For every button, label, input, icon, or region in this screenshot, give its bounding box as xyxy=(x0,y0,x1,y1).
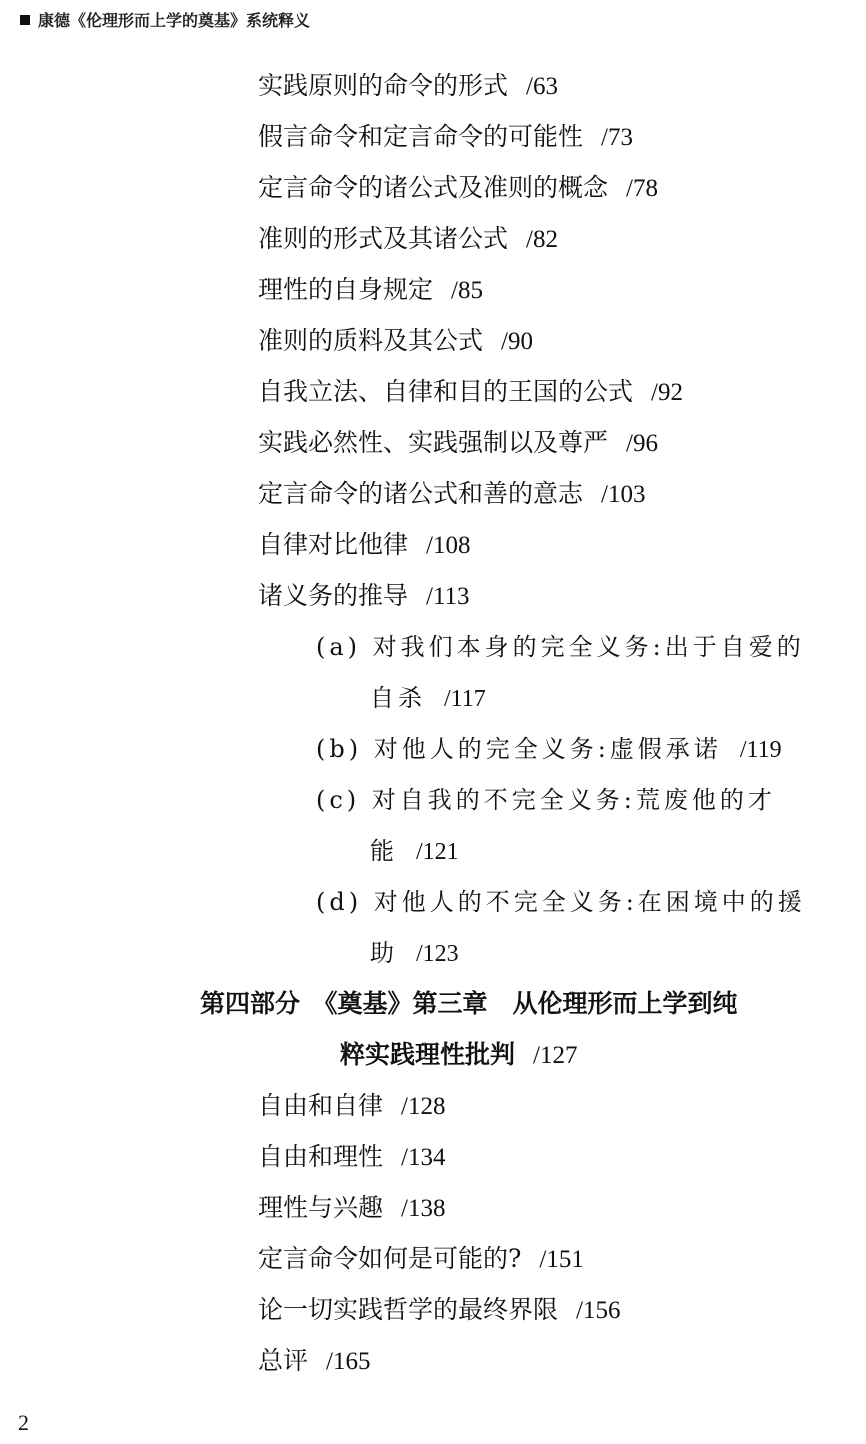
toc-entry[interactable]: (b) 对他人的完全义务:虚假承诺/119 xyxy=(316,733,782,766)
toc-entry-title: 能 xyxy=(370,837,398,865)
toc-entry-title: 理性与兴趣 xyxy=(258,1193,383,1222)
toc-entry-title: 实践必然性、实践强制以及尊严 xyxy=(258,428,608,457)
toc-entry-page: /92 xyxy=(651,379,683,406)
toc-entry[interactable]: 理性与兴趣/138 xyxy=(258,1192,445,1225)
square-bullet-icon xyxy=(20,15,30,25)
toc-entry[interactable]: 诸义务的推导/113 xyxy=(258,580,470,613)
toc-entry-title: 诸义务的推导 xyxy=(258,581,408,610)
toc-entry[interactable]: 假言命令和定言命令的可能性/73 xyxy=(258,121,633,154)
toc-entry-page: /103 xyxy=(601,481,645,508)
toc-entry-title: 理性的自身规定 xyxy=(258,275,433,304)
toc-entry-page: /165 xyxy=(326,1348,370,1375)
toc-entry-page: /138 xyxy=(401,1195,445,1222)
toc-entry-page: /73 xyxy=(601,124,633,151)
toc-entry[interactable]: 粹实践理性批判/127 xyxy=(340,1039,577,1072)
toc-entry[interactable]: (d) 对他人的不完全义务:在困境中的援 xyxy=(316,886,806,918)
toc-entry-title: 假言命令和定言命令的可能性 xyxy=(258,122,583,151)
toc-entry[interactable]: 准则的质料及其公式/90 xyxy=(258,325,533,358)
toc-entry-title: 定言命令的诸公式和善的意志 xyxy=(258,479,583,508)
toc-entry-title: 总评 xyxy=(258,1346,308,1375)
toc-entry-page: /113 xyxy=(426,583,470,610)
toc-entry-title: 自律对比他律 xyxy=(258,530,408,559)
toc-entry-title: 准则的质料及其公式 xyxy=(258,326,483,355)
toc-entry-title: (b) 对他人的完全义务:虚假承诺 xyxy=(316,735,722,763)
toc-entry[interactable]: 自我立法、自律和目的王国的公式/92 xyxy=(258,376,683,409)
toc-entry[interactable]: 理性的自身规定/85 xyxy=(258,274,483,307)
toc-entry-title: 定言命令的诸公式及准则的概念 xyxy=(258,173,608,202)
toc-entry-title: (d) 对他人的不完全义务:在困境中的援 xyxy=(316,888,806,916)
toc-entry-page: /119 xyxy=(740,737,782,763)
toc-entry[interactable]: 定言命令如何是可能的?/151 xyxy=(258,1243,584,1276)
toc-entry-page: /156 xyxy=(576,1297,620,1324)
toc-entry-page: /121 xyxy=(416,839,459,865)
toc-entry-page: /127 xyxy=(533,1042,577,1069)
toc-entry-title: 实践原则的命令的形式 xyxy=(258,71,508,100)
toc-entry-page: /134 xyxy=(401,1144,445,1171)
toc-entry-page: /96 xyxy=(626,430,658,457)
page-number: 2 xyxy=(18,1410,29,1436)
toc-entry[interactable]: 自律对比他律/108 xyxy=(258,529,470,562)
toc-entry-title: 粹实践理性批判 xyxy=(340,1040,515,1069)
toc-entry-page: /82 xyxy=(526,226,558,253)
toc-entry[interactable]: 第四部分 《奠基》第三章 从伦理形而上学到纯 xyxy=(200,988,738,1020)
toc-entry-title: (c) 对自我的不完全义务:荒废他的才 xyxy=(316,786,776,814)
toc-entry-title: 准则的形式及其诸公式 xyxy=(258,224,508,253)
toc-entry-page: /63 xyxy=(526,73,558,100)
toc-entry-title: 自由和自律 xyxy=(258,1091,383,1120)
toc-entry[interactable]: 自由和理性/134 xyxy=(258,1141,445,1174)
toc-entry[interactable]: 准则的形式及其诸公式/82 xyxy=(258,223,558,256)
toc-entry-page: /151 xyxy=(539,1246,583,1273)
toc-entry[interactable]: 实践必然性、实践强制以及尊严/96 xyxy=(258,427,658,460)
toc-entry-page: /78 xyxy=(626,175,658,202)
toc-entry-page: /128 xyxy=(401,1093,445,1120)
book-title: 康德《伦理形而上学的奠基》系统释义 xyxy=(38,8,310,31)
toc-entry[interactable]: 论一切实践哲学的最终界限/156 xyxy=(258,1294,620,1327)
toc-entry-title: 论一切实践哲学的最终界限 xyxy=(258,1295,558,1324)
toc-entry-title: 自杀 xyxy=(370,684,426,712)
toc-entry-page: /123 xyxy=(416,941,459,967)
toc-entry-title: 定言命令如何是可能的? xyxy=(258,1244,521,1273)
toc-entry-title: 自由和理性 xyxy=(258,1142,383,1171)
toc-entry[interactable]: 助/123 xyxy=(370,937,459,970)
toc-entry-page: /85 xyxy=(451,277,483,304)
toc-entry-page: /117 xyxy=(444,686,486,712)
toc-entry-title: 助 xyxy=(370,939,398,967)
toc-entry-page: /108 xyxy=(426,532,470,559)
toc-entry[interactable]: (a) 对我们本身的完全义务:出于自爱的 xyxy=(316,631,805,663)
toc-entry[interactable]: 自杀/117 xyxy=(370,682,486,715)
toc-entry-title: 第四部分 《奠基》第三章 从伦理形而上学到纯 xyxy=(200,989,738,1018)
running-header: 康德《伦理形而上学的奠基》系统释义 xyxy=(20,8,310,31)
toc-entry-page: /90 xyxy=(501,328,533,355)
toc-entry[interactable]: (c) 对自我的不完全义务:荒废他的才 xyxy=(316,784,776,816)
toc-entry[interactable]: 能/121 xyxy=(370,835,459,868)
toc-entry-title: (a) 对我们本身的完全义务:出于自爱的 xyxy=(316,633,805,661)
toc-entry[interactable]: 定言命令的诸公式和善的意志/103 xyxy=(258,478,645,511)
toc-entry[interactable]: 总评/165 xyxy=(258,1345,370,1378)
toc-entry[interactable]: 实践原则的命令的形式/63 xyxy=(258,70,558,103)
toc-entry-title: 自我立法、自律和目的王国的公式 xyxy=(258,377,633,406)
toc-entry[interactable]: 定言命令的诸公式及准则的概念/78 xyxy=(258,172,658,205)
toc-entry[interactable]: 自由和自律/128 xyxy=(258,1090,445,1123)
